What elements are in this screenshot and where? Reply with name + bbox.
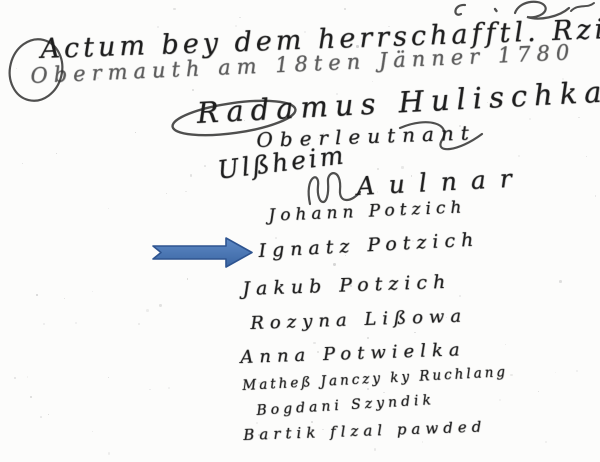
paper-speck bbox=[92, 291, 93, 292]
signature-bogdani: Bogdani Szyndik bbox=[256, 392, 435, 419]
paper-speck bbox=[311, 421, 313, 423]
paper-speck bbox=[159, 304, 161, 306]
paper-speck bbox=[372, 81, 373, 82]
paper-speck bbox=[14, 377, 16, 379]
paper-speck bbox=[48, 414, 49, 415]
paper-speck bbox=[108, 377, 109, 378]
paper-speck bbox=[377, 168, 379, 170]
paper-speck bbox=[185, 191, 186, 192]
signature-ignatz: Ignatz Potzich bbox=[258, 228, 480, 262]
paper-speck bbox=[401, 166, 403, 168]
paper-speck bbox=[237, 116, 239, 118]
paper-speck bbox=[538, 391, 539, 392]
paper-speck bbox=[313, 342, 316, 345]
paper-speck bbox=[414, 332, 416, 334]
paper-speck bbox=[30, 396, 32, 398]
paper-speck bbox=[374, 448, 376, 450]
paper-speck bbox=[75, 322, 77, 324]
paper-speck bbox=[268, 437, 270, 439]
paper-speck bbox=[166, 193, 167, 194]
paper-speck bbox=[64, 298, 66, 300]
paper-speck bbox=[256, 422, 258, 424]
signature-bartik: Bartik flzal pawded bbox=[243, 418, 487, 444]
paper-speck bbox=[92, 431, 93, 432]
paper-speck bbox=[367, 337, 368, 338]
paper-speck bbox=[157, 26, 159, 28]
annotation-arrow-icon bbox=[152, 237, 254, 268]
paper-speck bbox=[356, 45, 358, 47]
paper-speck bbox=[545, 441, 547, 443]
paper-speck bbox=[576, 370, 578, 372]
paper-speck bbox=[187, 278, 189, 280]
paper-speck bbox=[173, 8, 175, 10]
paper-speck bbox=[529, 118, 531, 120]
paper-speck bbox=[149, 389, 150, 390]
signature-anna: Anna Potwielka bbox=[240, 339, 466, 368]
signature-mathes: Matheß Janczy ky Ruchlang bbox=[242, 364, 508, 394]
manuscript-scan: Actum bey dem herrschafftl. Rzißuni Ober… bbox=[0, 0, 600, 462]
paper-speck bbox=[499, 399, 501, 401]
paper-speck bbox=[138, 323, 140, 325]
paper-speck bbox=[578, 117, 579, 118]
paper-speck bbox=[254, 110, 256, 112]
paper-speck bbox=[555, 372, 556, 373]
paper-speck bbox=[383, 392, 384, 393]
signature-johann: Johann Potzich bbox=[268, 197, 467, 226]
paper-speck bbox=[344, 8, 346, 10]
paper-speck bbox=[586, 156, 587, 157]
signature-official-right: Aulnar bbox=[356, 163, 526, 201]
paper-speck bbox=[22, 163, 23, 164]
paper-speck bbox=[505, 344, 506, 345]
paper-speck bbox=[336, 93, 338, 95]
paper-speck bbox=[36, 294, 38, 296]
paper-speck bbox=[40, 416, 42, 418]
paper-speck bbox=[56, 153, 57, 154]
paper-speck bbox=[367, 388, 369, 390]
paper-speck bbox=[43, 323, 45, 325]
signature-jakub: Jakub Potzich bbox=[242, 271, 452, 300]
signature-official-main: Radamus Hulischka bbox=[196, 74, 600, 130]
paper-speck bbox=[388, 26, 389, 27]
paper-speck bbox=[192, 89, 194, 91]
paper-speck bbox=[204, 165, 206, 167]
paper-speck bbox=[27, 376, 28, 377]
paper-speck bbox=[97, 77, 98, 78]
paper-speck bbox=[459, 295, 461, 297]
signature-rozyna: Rozyna Lißowa bbox=[250, 305, 467, 334]
paper-speck bbox=[400, 214, 402, 216]
paper-speck bbox=[135, 132, 136, 133]
paper-speck bbox=[422, 441, 424, 443]
paper-speck bbox=[108, 208, 109, 209]
paper-speck bbox=[333, 263, 335, 265]
paper-speck bbox=[239, 17, 241, 19]
paper-speck bbox=[258, 382, 260, 384]
paper-speck bbox=[146, 309, 149, 312]
paper-speck bbox=[377, 191, 378, 192]
paper-speck bbox=[559, 280, 562, 283]
paper-speck bbox=[16, 68, 17, 69]
paper-speck bbox=[168, 387, 170, 389]
paper-speck bbox=[595, 195, 597, 197]
paper-speck bbox=[350, 285, 352, 287]
paper-speck bbox=[459, 125, 461, 127]
paper-speck bbox=[190, 174, 192, 176]
paper-speck bbox=[510, 374, 512, 376]
paper-speck bbox=[108, 452, 110, 454]
signature-official-left: Ulßheim bbox=[216, 140, 348, 185]
arrow-polygon bbox=[153, 238, 252, 267]
paper-speck bbox=[518, 155, 520, 157]
